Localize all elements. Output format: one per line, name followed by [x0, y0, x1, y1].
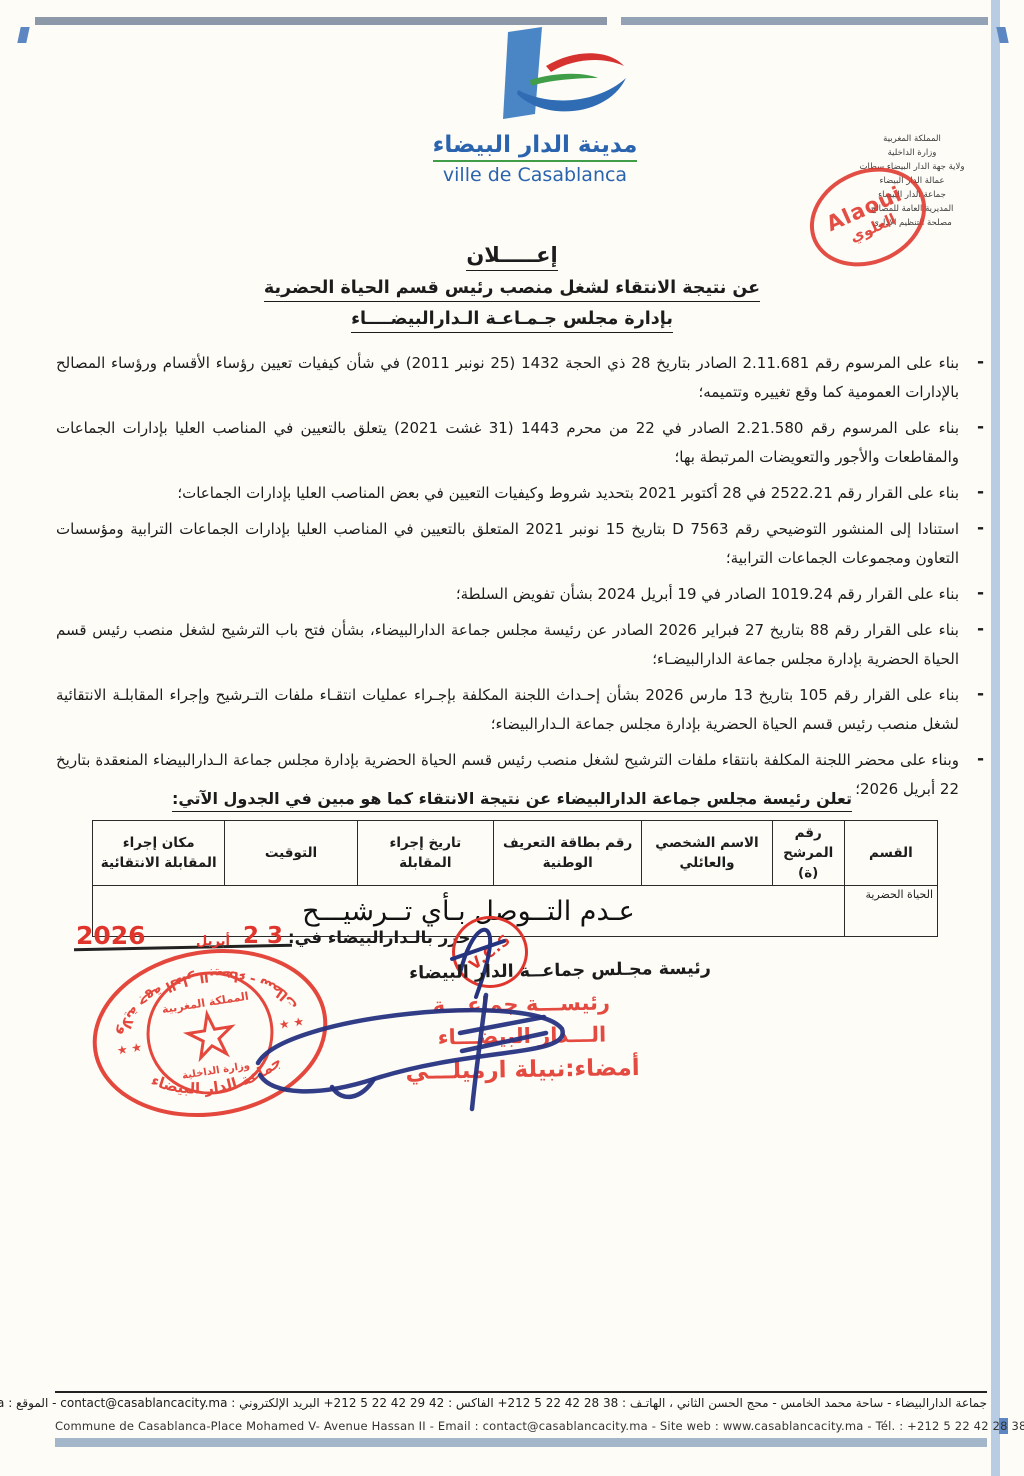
- department-cell: الحياة الحضرية: [844, 886, 937, 937]
- scanned-document-page: مدينة الدار البيضاء ville de Casablanca …: [0, 0, 1024, 1476]
- page-subtitle-2: بإدارة مجلس جـمـاعـة الـدارالبيضــــاء: [351, 309, 673, 333]
- scan-artifact-bottom-bar: [55, 1438, 987, 1447]
- list-item: -استنادا إلى المنشور التوضيحي رقم D 7563…: [56, 515, 986, 573]
- dash-bullet: -: [977, 579, 984, 608]
- list-item-text: بناء على القرار رقم 2522.21 في 28 أكتوبر…: [177, 484, 959, 502]
- list-item: -بناء على المرسوم رقم 2.21.580 الصادر في…: [56, 414, 986, 472]
- footer-divider: [55, 1391, 987, 1393]
- casablanca-city-logo: مدينة الدار البيضاء ville de Casablanca: [385, 26, 685, 186]
- col-candidate-number: رقم المرشح (ة): [772, 821, 844, 886]
- col-interview-date: تاريخ إجراء المقابلة: [357, 821, 493, 886]
- legal-preamble-list: -بناء على المرسوم رقم 2.11.681 الصادر بت…: [56, 349, 986, 811]
- col-interview-place: مكان إجراء المقابلة الانتقائية: [93, 821, 225, 886]
- col-department: القسم: [844, 821, 937, 886]
- list-item-text: بناء على القرار رقم 88 بتاريخ 27 فبراير …: [56, 621, 959, 668]
- scan-artifact-top-bar: [621, 17, 988, 25]
- dash-bullet: -: [977, 615, 984, 644]
- footer-contact-arabic: جماعة الدارالبيضاء - ساحة محمد الخامس - …: [55, 1396, 987, 1410]
- list-item-text: بناء على المرسوم رقم 2.11.681 الصادر بتا…: [56, 354, 959, 401]
- letterhead-line: وزارة الداخلية: [832, 146, 992, 160]
- dash-bullet: -: [977, 478, 984, 507]
- table-intro-line: تعلن رئيسة مجلس جماعة الدارالبيضاء عن نت…: [0, 789, 1024, 812]
- dash-bullet: -: [977, 413, 984, 442]
- scan-corner-mark: [17, 27, 29, 43]
- col-national-id: رقم بطاقة التعريف الوطنية: [493, 821, 641, 886]
- page-subtitle-1: عن نتيجة الانتقاء لشغل منصب رئيس قسم الح…: [264, 278, 760, 302]
- scan-artifact-top-bar: [35, 17, 607, 25]
- list-item: -بناء على المرسوم رقم 2.11.681 الصادر بت…: [56, 349, 986, 407]
- list-item: -بناء على القرار رقم 2522.21 في 28 أكتوب…: [56, 479, 986, 508]
- dash-bullet: -: [977, 680, 984, 709]
- list-item-text: بناء على القرار رقم 105 بتاريخ 13 مارس 2…: [56, 686, 959, 733]
- dash-bullet: -: [977, 745, 984, 774]
- table-intro-text: تعلن رئيسة مجلس جماعة الدارالبيضاء عن نت…: [172, 789, 852, 812]
- list-item-text: بناء على المرسوم رقم 2.21.580 الصادر في …: [56, 419, 959, 466]
- scan-artifact-right-stripe: [991, 0, 1000, 1476]
- logo-title-arabic: مدينة الدار البيضاء: [433, 132, 638, 162]
- letterhead-line: المملكة المغربية: [832, 132, 992, 146]
- table-header-row: القسم رقم المرشح (ة) الاسم الشخصي والعائ…: [93, 821, 938, 886]
- signatory-title: رئيسة مجـلس جماعــة الدار البيضاء: [345, 957, 775, 985]
- list-item: -بناء على القرار رقم 88 بتاريخ 27 فبراير…: [56, 616, 986, 674]
- list-item-text: استنادا إلى المنشور التوضيحي رقم D 7563 …: [56, 520, 959, 567]
- page-title: إعـــــلان: [466, 243, 557, 271]
- logo-title-french: ville de Casablanca: [385, 164, 685, 186]
- date-stamp-year: 2026: [76, 921, 146, 950]
- dash-bullet: -: [977, 514, 984, 543]
- footer-contact-french: Commune de Casablanca-Place Mohamed V- A…: [55, 1419, 987, 1433]
- announcement-title-block: إعـــــلان عن نتيجة الانتقاء لشغل منصب ر…: [162, 243, 862, 340]
- handwritten-signature: [222, 985, 592, 1125]
- list-item: -بناء على القرار رقم 1019.24 الصادر في 1…: [56, 580, 986, 609]
- dash-bullet: -: [977, 348, 984, 377]
- list-item: -بناء على القرار رقم 105 بتاريخ 13 مارس …: [56, 681, 986, 739]
- col-time: التوقيت: [225, 821, 357, 886]
- col-full-name: الاسم الشخصي والعائلي: [642, 821, 772, 886]
- seal-stars-left: ★ ★: [116, 1040, 143, 1058]
- casablanca-logo-icon: [430, 26, 640, 128]
- list-item-text: بناء على القرار رقم 1019.24 الصادر في 19…: [456, 585, 959, 603]
